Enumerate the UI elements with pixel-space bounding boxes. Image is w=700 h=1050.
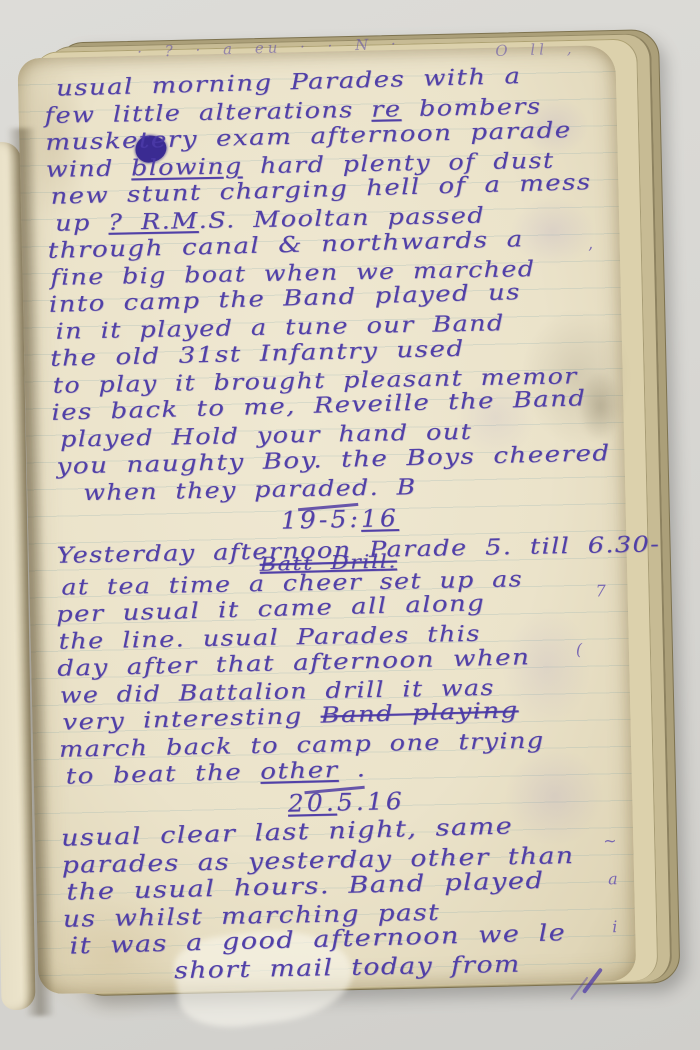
- handwriting-text: 16: [361, 504, 400, 533]
- notebook-photo: usual morning Parades with afew little a…: [0, 0, 700, 1050]
- diary-page: usual morning Parades with afew little a…: [17, 45, 636, 994]
- handwriting-text: ? R.M: [108, 209, 199, 236]
- handwriting-layer: usual morning Parades with afew little a…: [17, 45, 636, 994]
- handwriting-text: other: [260, 758, 339, 785]
- margin-ink-mark: ~: [603, 831, 617, 850]
- margin-ink-mark: a: [608, 869, 618, 888]
- handwriting-text: when they paraded. B: [83, 475, 417, 506]
- margin-ink-mark: 7: [595, 581, 606, 600]
- handwriting-text: .: [338, 757, 366, 783]
- handwriting-text: re: [371, 97, 402, 123]
- book-stack: usual morning Parades with afew little a…: [17, 29, 691, 1019]
- margin-ink-mark: ’: [588, 244, 594, 263]
- handwriting-text: Band playing: [320, 698, 519, 728]
- handwriting-text: up: [55, 211, 109, 237]
- margin-ink-mark: i: [612, 917, 618, 936]
- handwriting-text: 5.16: [337, 787, 406, 817]
- handwriting-text: to beat the: [65, 760, 260, 790]
- handwriting-text: 19-5:: [281, 505, 362, 535]
- handwriting-text: very interesting: [62, 704, 321, 736]
- handwriting-text: 20.: [287, 788, 337, 817]
- handwriting-text: short mail today from: [174, 952, 521, 985]
- handwriting-text: wind: [46, 156, 132, 183]
- margin-ink-mark: (: [576, 640, 583, 659]
- previous-line-fragment: O ll ,: [495, 40, 576, 61]
- handwriting-text: blowing: [131, 154, 243, 181]
